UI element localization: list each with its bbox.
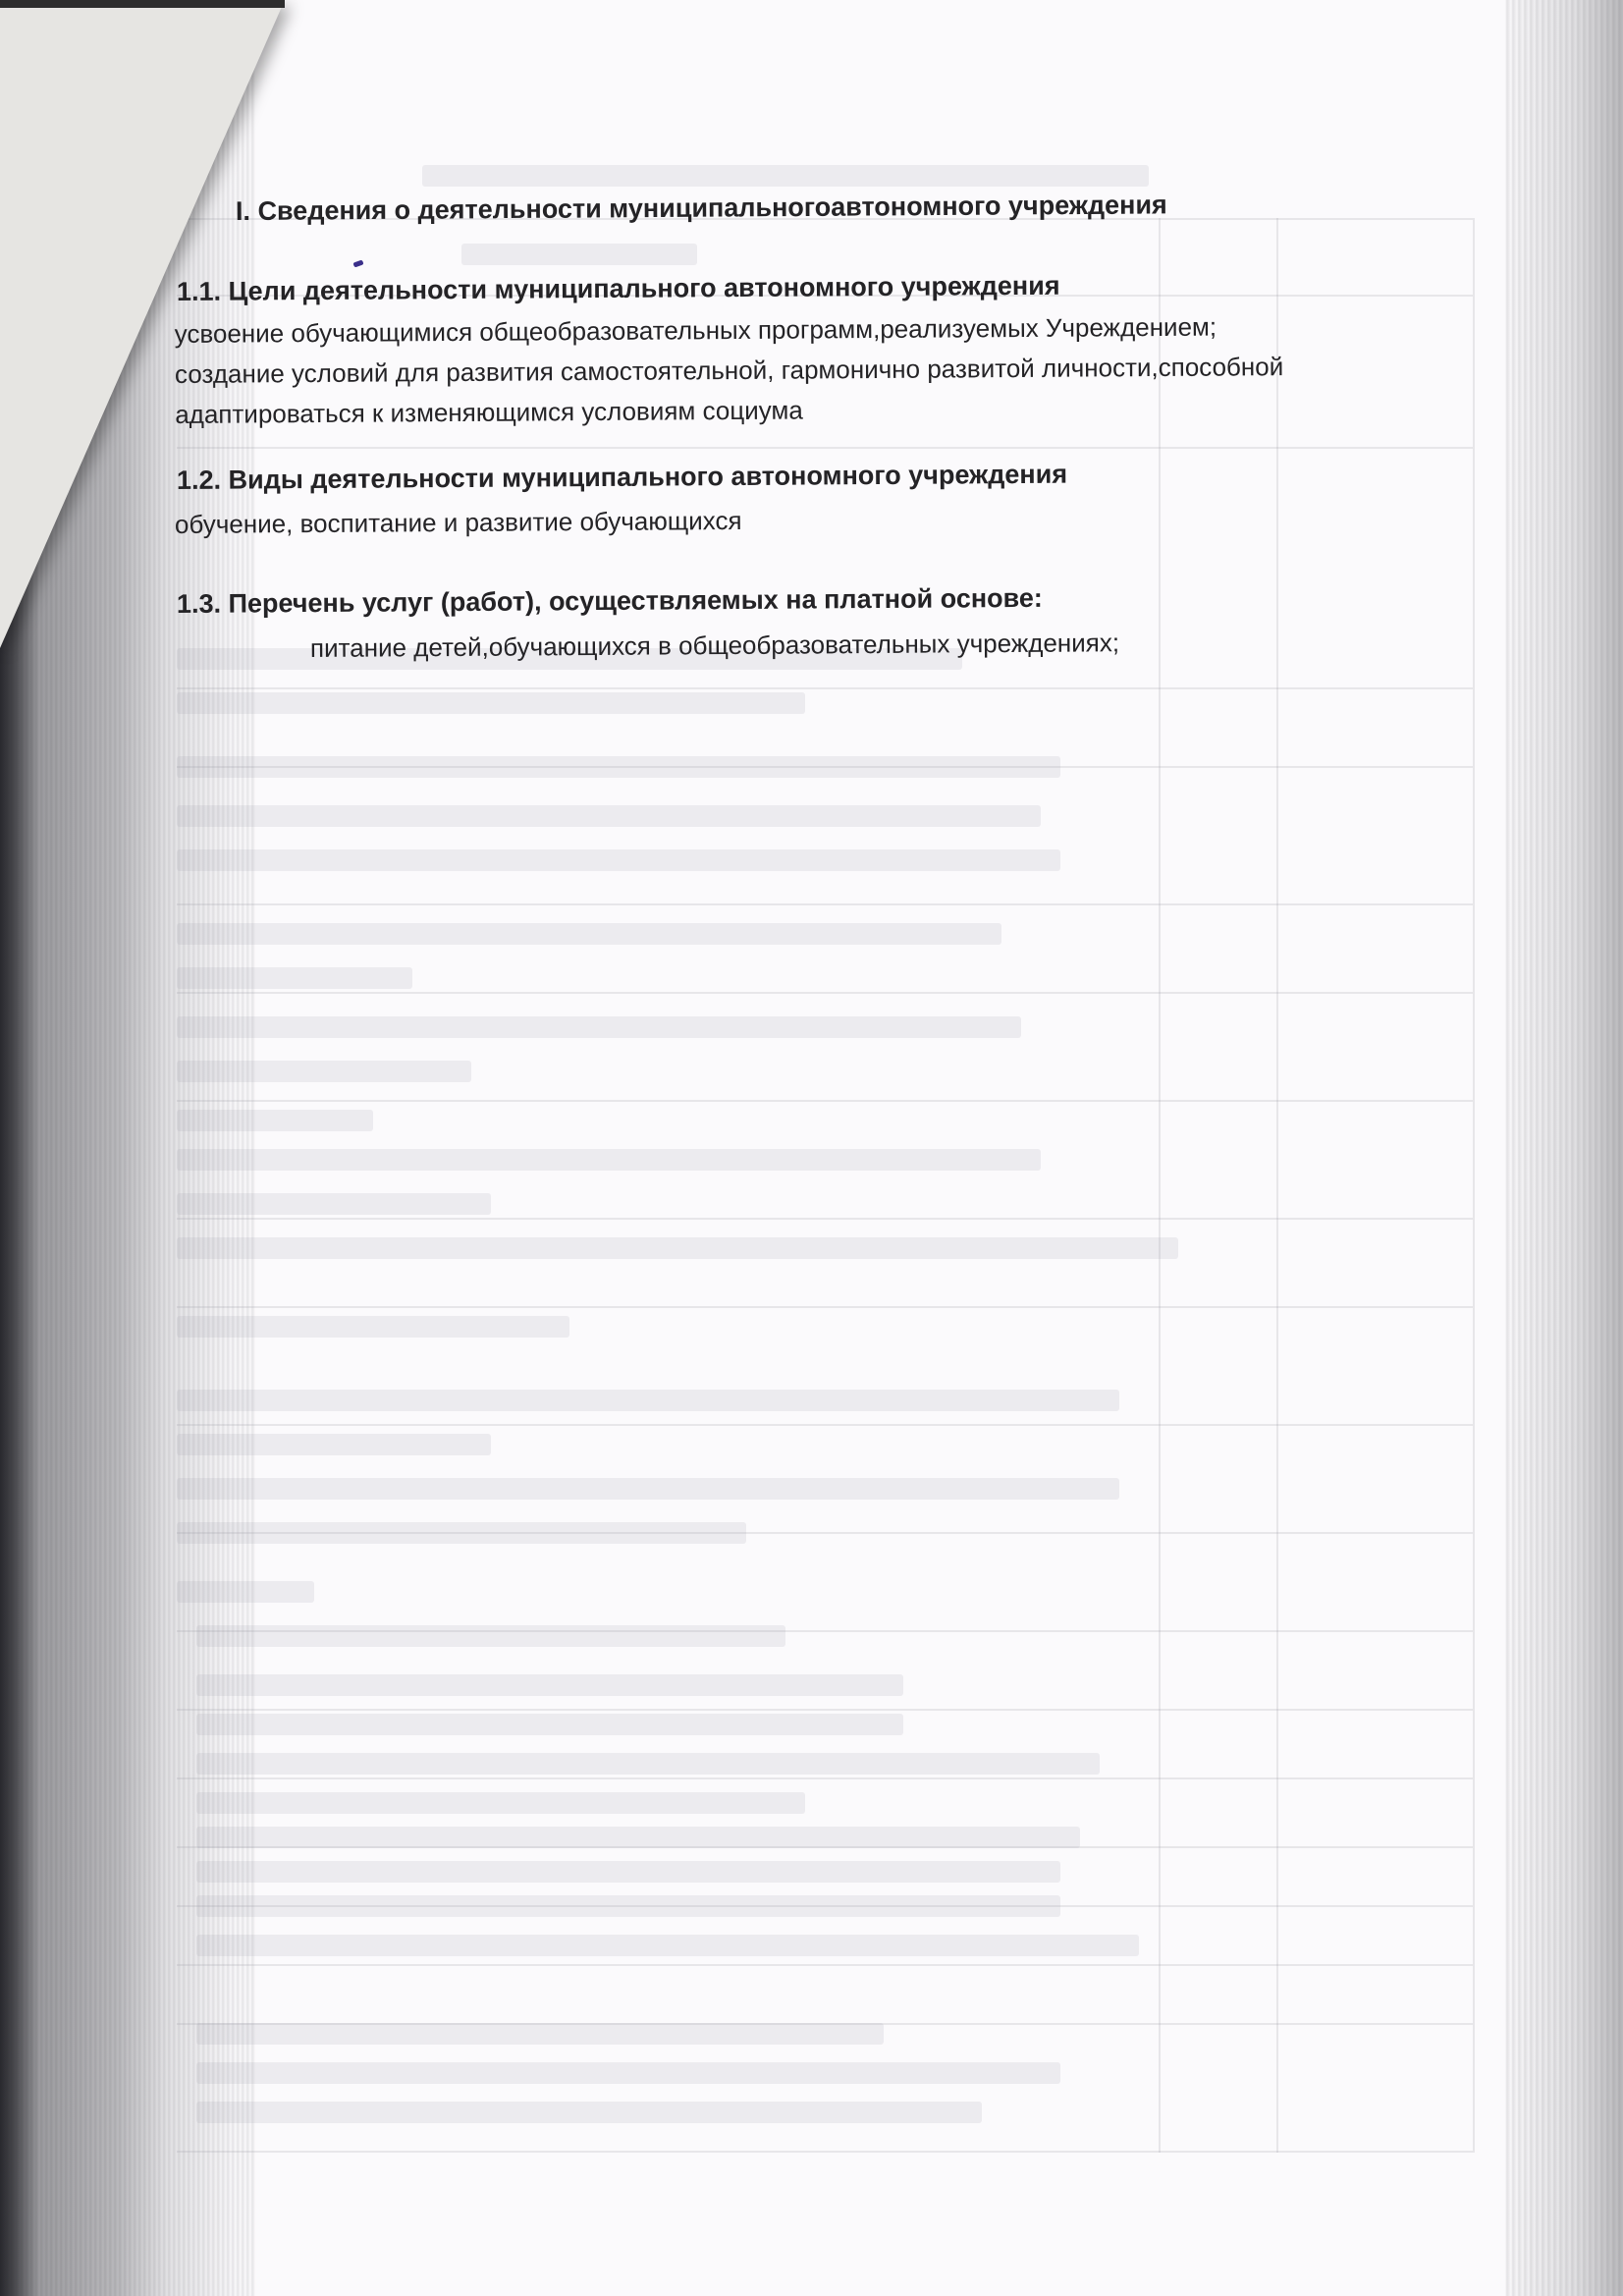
section-heading-activities: 1.2. Виды деятельности муниципального ав… <box>177 460 1067 496</box>
section-heading-paid-services: 1.3. Перечень услуг (работ), осуществляе… <box>177 583 1043 620</box>
section-text-paid-services: питание детей,обучающихся в общеобразова… <box>310 621 1430 669</box>
folded-corner <box>0 0 285 648</box>
section-heading-goals: 1.1. Цели деятельности муниципального ав… <box>177 271 1060 307</box>
scan-top-edge <box>0 0 285 8</box>
section-text-activities: обучение, воспитание и развитие обучающи… <box>175 497 1294 545</box>
ink-mark <box>352 259 363 267</box>
document-title: I. Сведения о деятельности муниципальног… <box>236 190 1167 227</box>
section-text-goals: усвоение обучающимися общеобразовательны… <box>175 306 1295 435</box>
